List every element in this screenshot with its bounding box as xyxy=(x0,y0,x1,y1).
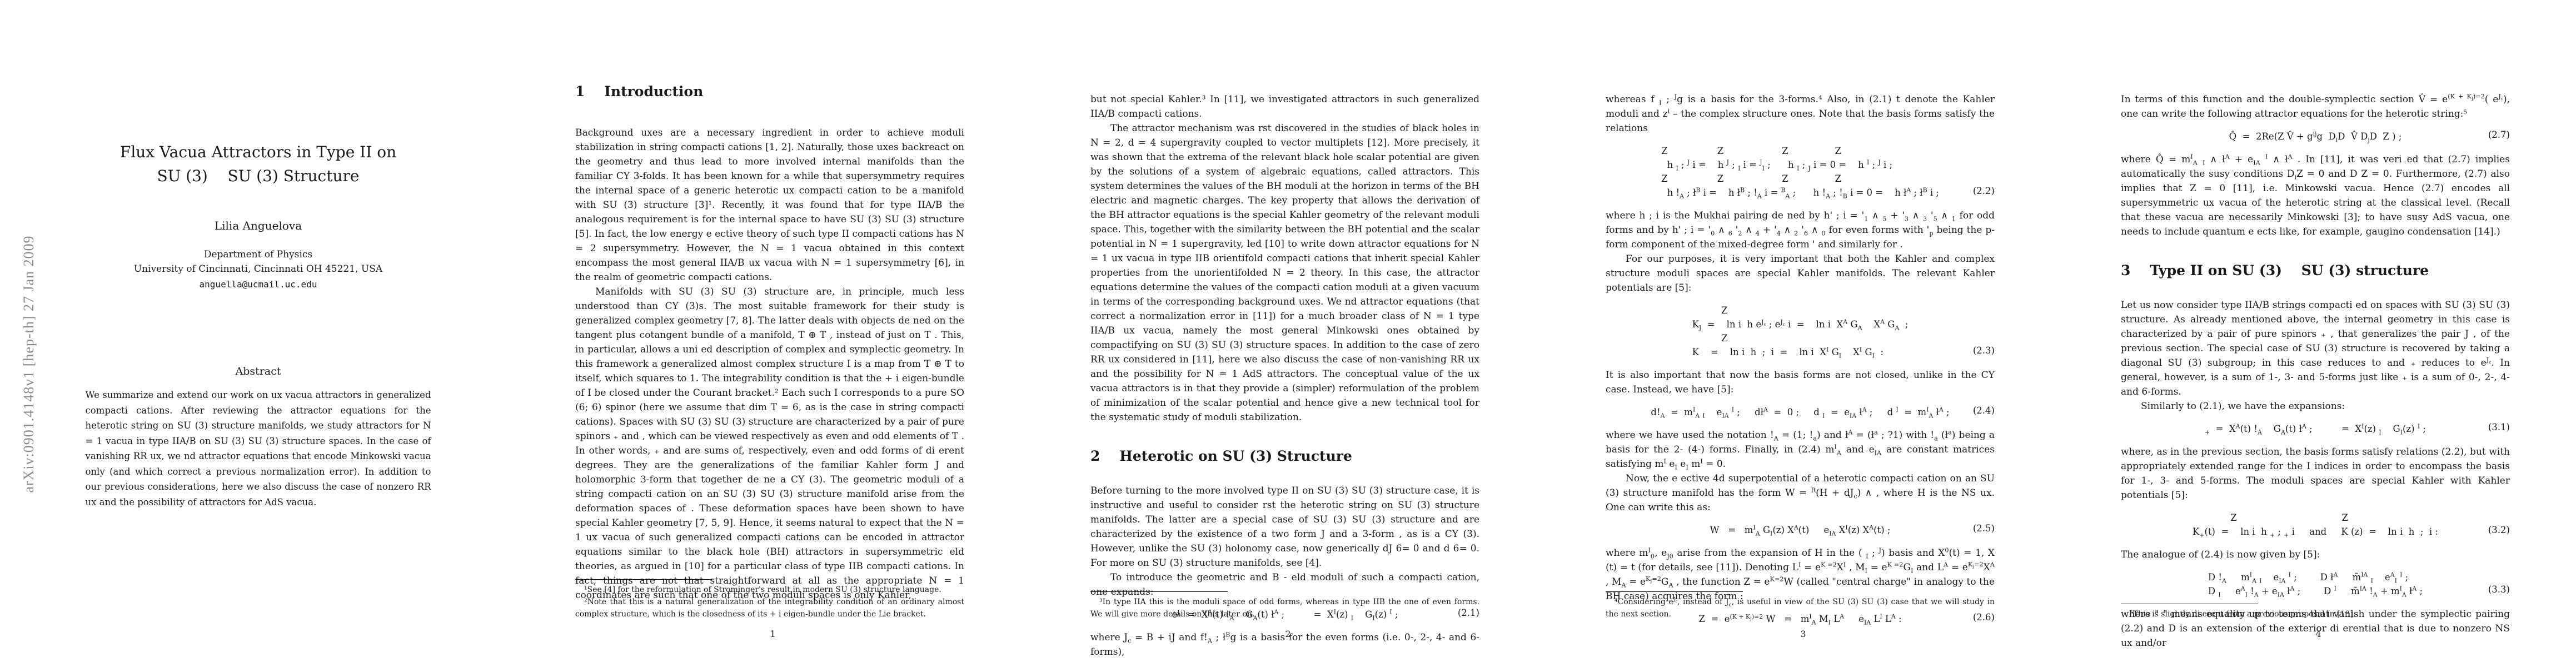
paragraph: Now, the e ective 4d superpotential of a… xyxy=(1606,471,1995,515)
equation: D !A mIA I eIA I ; D łA m̃IA I eAI I ; D… xyxy=(2121,570,2510,599)
equation: Q̂ = 2Re(Z V̂ + gijg DiD V̂ DjD Z ) ;(2.… xyxy=(2121,130,2510,144)
equation-number: (3.1) xyxy=(2488,420,2510,435)
equation-body: Z Z K+(t) = ln i h + ; + i and K (z) = l… xyxy=(2193,511,2438,539)
text-column: 1 IntroductionBackground uxes are a nece… xyxy=(575,83,964,603)
author-email: anguella@ucmail.uc.edu xyxy=(34,279,482,290)
paragraph: The analogue of (2.4) is now given by [5… xyxy=(2121,547,2510,562)
paragraph: The attractor mechanism was rst discover… xyxy=(1090,121,1479,425)
title-column: Flux Vacua Attractors in Type II on SU (… xyxy=(34,0,482,510)
equation-number: (3.2) xyxy=(2488,523,2510,537)
footnote: ¹See [4] for the reformulation of Stromi… xyxy=(575,584,964,596)
equation: Z KJ = ln i h eJc ; eJc i = ln i XA GA X… xyxy=(1606,303,1995,360)
equation-body: d!A = mIA I eIA I ; dłA = 0 ; d I = eIA … xyxy=(1651,405,1949,419)
footnote: ²Note that this is a natural generalizat… xyxy=(575,596,964,620)
equation: + = XA(t) !A GA(t) łA ; = XI(z) I GI(z) … xyxy=(2121,422,2510,436)
paragraph: where, as in the previous section, the b… xyxy=(2121,445,2510,502)
paper-title-line2: SU (3) SU (3) Structure xyxy=(34,164,482,188)
paragraph: Manifolds with SU (3) SU (3) structure a… xyxy=(575,285,964,603)
paper-title-line1: Flux Vacua Attractors in Type II on xyxy=(34,140,482,164)
equation: W = mIA GI(z) XA(t) eIA XI(z) XA(t) ;(2.… xyxy=(1606,523,1995,537)
paragraph: where Q̂ = mIA I ∧ łA + eIA I ∧ łA . In … xyxy=(2121,152,2510,239)
footnote: ⁵This is slightly di erent from a previo… xyxy=(2121,608,2510,620)
paragraph: Before turning to the more involved type… xyxy=(1090,484,1479,570)
page-number: 4 xyxy=(2061,629,2576,639)
paragraph: Let us now consider type IIA/B strings c… xyxy=(2121,298,2510,399)
equation-body: D !A mIA I eIA I ; D łA m̃IA I eAI I ; D… xyxy=(2208,570,2423,598)
page-number: 2 xyxy=(1030,629,1546,639)
equation-body: Z Z Z Z h I ; J i = h J ; I i = JI ; h I… xyxy=(1661,144,1939,200)
affiliation-university: University of Cincinnati, Cincinnati OH … xyxy=(34,262,482,276)
section-heading: 1 Introduction xyxy=(575,83,964,100)
text-column: whereas f I ; Jg is a basis for the 3-fo… xyxy=(1606,92,1995,635)
page-number: 3 xyxy=(1546,629,2061,639)
paragraph: For our purposes, it is very important t… xyxy=(1606,252,1995,295)
page-3: whereas f I ; Jg is a basis for the 3-fo… xyxy=(1546,0,2061,667)
text-column: In terms of this function and the double… xyxy=(2121,92,2510,650)
abstract-text: We summarize and extend our work on ux v… xyxy=(86,387,431,510)
section-heading: 3 Type II on SU (3) SU (3) structure xyxy=(2121,262,2510,279)
section-heading: 2 Heterotic on SU (3) Structure xyxy=(1090,448,1479,465)
equation-number: (2.4) xyxy=(1973,404,1995,418)
affiliation-department: Department of Physics xyxy=(34,247,482,262)
page-title: arXiv:0901.4148v1 [hep-th] 27 Jan 2009 F… xyxy=(0,0,515,667)
equation-number: (2.5) xyxy=(1973,521,1995,536)
paper-screenshot: { "colors": {"text": "#1a1a1a", "waterma… xyxy=(0,0,2576,667)
equation-number: (2.3) xyxy=(1973,344,1995,358)
footnotes: ³In type IIA this is the moduli space of… xyxy=(1090,591,1479,620)
paragraph: where we have used the notation !A = (1;… xyxy=(1606,428,1995,471)
footnotes: ⁵This is slightly di erent from a previo… xyxy=(2121,604,2510,620)
paragraph: In terms of this function and the double… xyxy=(2121,92,2510,121)
abstract-heading: Abstract xyxy=(34,365,482,377)
footnotes: ¹See [4] for the reformulation of Stromi… xyxy=(575,579,964,620)
equation-body: W = mIA GI(z) XA(t) eIA XI(z) XA(t) ; xyxy=(1710,523,1891,537)
equation-number: (3.3) xyxy=(2488,583,2510,597)
equation-body: + = XA(t) !A GA(t) łA ; = XI(z) I GI(z) … xyxy=(2205,422,2426,436)
footnote: ⁴Considering eJc, instead of Jc, is usef… xyxy=(1606,596,1995,620)
equation-body: Z KJ = ln i h eJc ; eJc i = ln i XA GA X… xyxy=(1692,303,1909,359)
author-name: Lilia Anguelova xyxy=(34,219,482,232)
footnotes: ⁴Considering eJc, instead of Jc, is usef… xyxy=(1606,591,1995,620)
page-number: 1 xyxy=(515,629,1030,639)
equation-body: Q̂ = 2Re(Z V̂ + gijg DiD V̂ DjD Z ) ; xyxy=(2229,130,2402,143)
equation: d!A = mIA I eIA I ; dłA = 0 ; d I = eIA … xyxy=(1606,405,1995,420)
footnote: ³In type IIA this is the moduli space of… xyxy=(1090,596,1479,620)
paragraph: Background uxes are a necessary ingredie… xyxy=(575,126,964,285)
page-4: In terms of this function and the double… xyxy=(2061,0,2576,667)
equation: Z Z K+(t) = ln i h + ; + i and K (z) = l… xyxy=(2121,511,2510,539)
equation: Z Z Z Z h I ; J i = h J ; I i = JI ; h I… xyxy=(1606,144,1995,200)
paragraph: whereas f I ; Jg is a basis for the 3-fo… xyxy=(1606,92,1995,136)
paragraph: where h ; i is the Mukhai pairing de ned… xyxy=(1606,208,1995,252)
equation-number: (2.7) xyxy=(2488,128,2510,142)
equation-number: (2.2) xyxy=(1973,184,1995,198)
paragraph: but not special Kahler.³ In [11], we inv… xyxy=(1090,92,1479,121)
paragraph: It is also important that now the basis … xyxy=(1606,368,1995,397)
paragraph: Similarly to (2.1), we have the expansio… xyxy=(2121,399,2510,414)
page-2: but not special Kahler.³ In [11], we inv… xyxy=(1030,0,1546,667)
page-1: 1 IntroductionBackground uxes are a nece… xyxy=(515,0,1030,667)
text-column: but not special Kahler.³ In [11], we inv… xyxy=(1090,92,1479,659)
